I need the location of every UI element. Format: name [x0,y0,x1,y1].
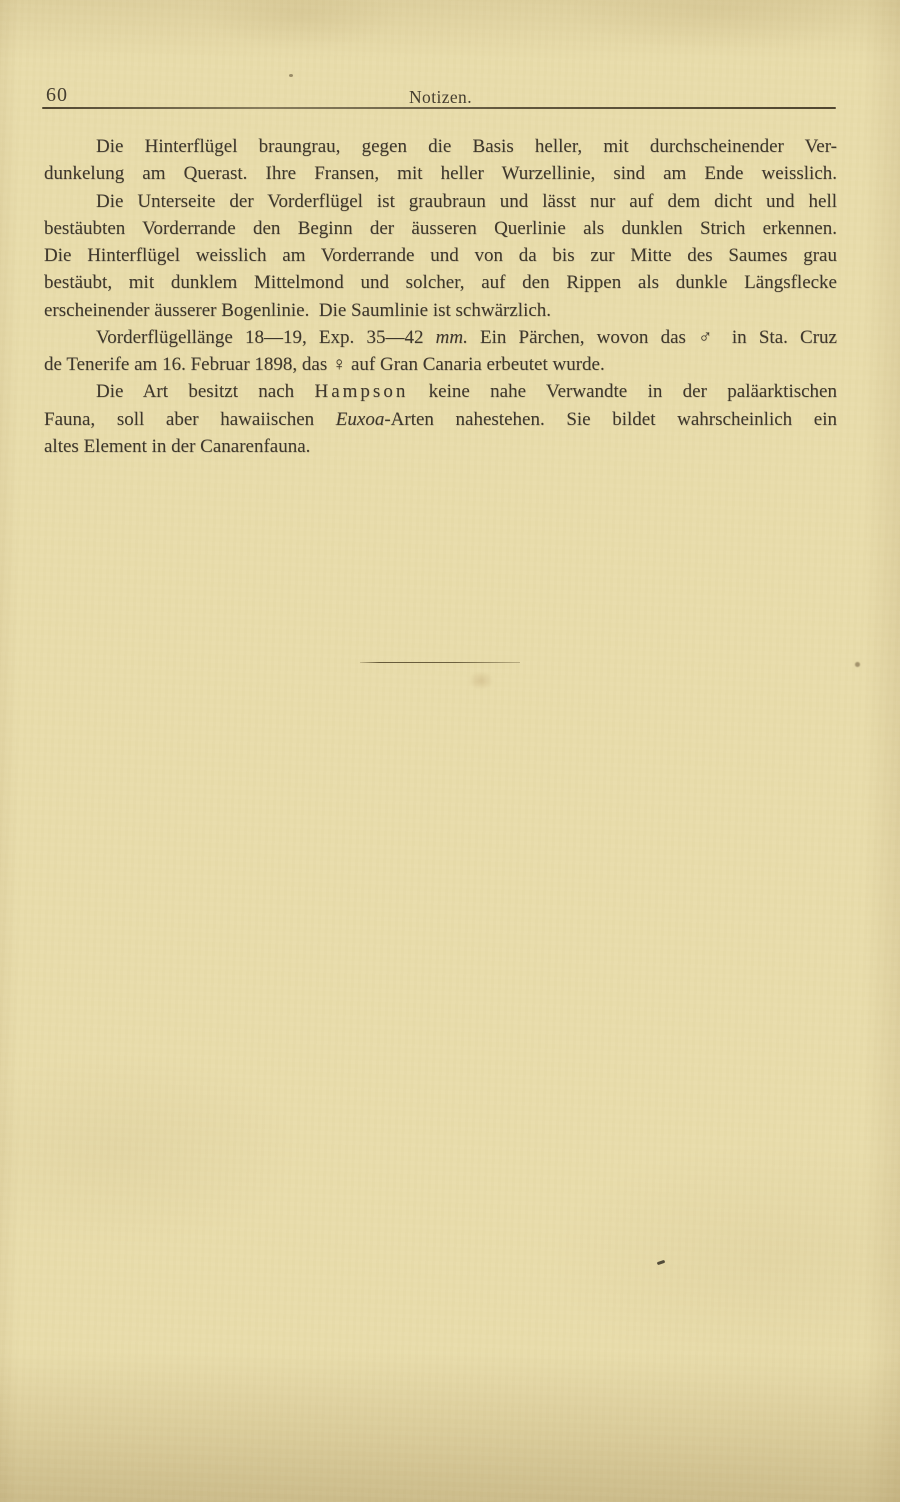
text-line: Die Hinterflügel weisslich am Vorderrand… [44,242,837,269]
text-segment: Vorderflügellänge 18—19, Exp. 35—42 [96,327,436,348]
text-segment: Ein Pärchen, wovon das ♂ in Sta. Cruz [468,327,837,348]
section-divider [360,662,520,663]
text-segment: Die Art besitzt nach [96,381,315,402]
header-rule [42,107,836,109]
text-line: Die Art besitzt nach Hampson keine nahe … [44,378,837,405]
text-line: Die Hinterflügel braungrau, gegen die Ba… [44,133,837,160]
ink-speck [657,1260,666,1265]
text-line: de Tenerife am 16. Februar 1898, das ♀ a… [44,351,837,378]
running-title: Notizen. [44,87,837,108]
text-segment: -Arten nahestehen. Sie bildet wahrschein… [384,409,837,430]
ink-speck [289,74,293,77]
text-line: altes Element in der Canarenfauna. [44,433,837,460]
text-line: Vorderflügellänge 18—19, Exp. 35—42 mm. … [44,324,837,351]
text-line: erscheinender äusserer Bogenlinie. Die S… [44,297,837,324]
text-segment: Fauna, soll aber hawaiischen [44,409,336,430]
text-segment: keine nahe Verwandte in der paläarktisch… [408,381,837,402]
body-text: Die Hinterflügel braungrau, gegen die Ba… [44,133,837,460]
scanned-book-page: 60 Notizen. Die Hinterflügel braungrau, … [0,0,900,1502]
text-segment-letterspaced: Hampson [315,381,409,402]
paper-smudge [464,668,498,693]
text-line: dunkelung am Querast. Ihre Fransen, mit … [44,160,837,187]
text-line: bestäubten Vorderrande den Beginn der äu… [44,215,837,242]
text-segment-italic: mm. [436,327,468,348]
text-line: Die Unterseite der Vorderflügel ist grau… [44,188,837,215]
ink-speck [855,662,860,667]
text-line: Fauna, soll aber hawaiischen Euxoa-Arten… [44,406,837,433]
text-line: bestäubt, mit dunklem Mittelmond und sol… [44,269,837,296]
text-segment-italic: Euxoa [336,409,385,430]
